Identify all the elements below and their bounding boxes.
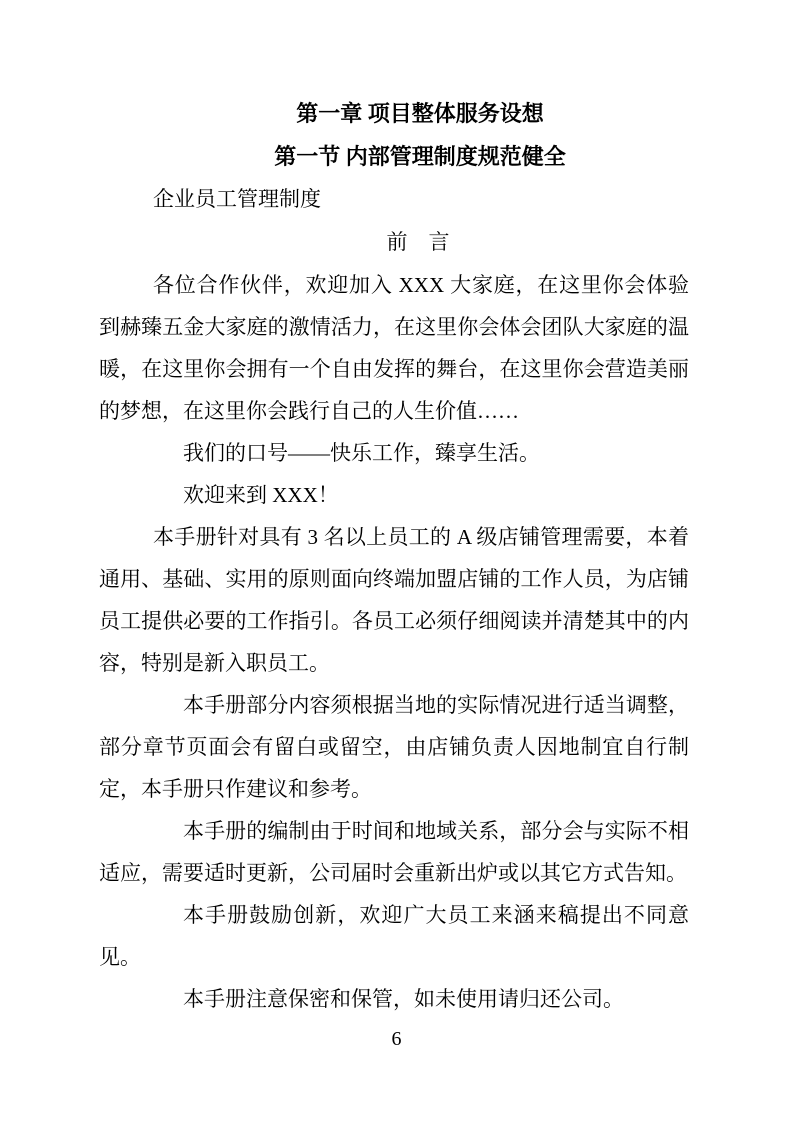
paragraph-handbook-confidential: 本手册注意保密和保管，如未使用请归还公司。 [99,978,689,1020]
paragraph-welcome: 各位合作伙伴，欢迎加入 XXX 大家庭，在这里你会体验到赫臻五金大家庭的激情活力… [99,264,689,432]
section-title: 第一节 内部管理制度规范健全 [99,135,689,178]
paragraph-handbook-adjustment: 本手册部分内容须根据当地的实际情况进行适当调整，部分章节页面会有留白或留空，由店… [99,684,689,810]
chapter-title: 第一章 项目整体服务设想 [99,92,689,135]
paragraph-slogan: 我们的口号——快乐工作，臻享生活。 [99,432,689,474]
paragraph-welcome-short: 欢迎来到 XXX！ [99,474,689,516]
page-number: 6 [0,1018,793,1060]
preface-heading: 前 言 [99,221,689,264]
paragraph-handbook-feedback: 本手册鼓励创新，欢迎广大员工来涵来稿提出不同意见。 [99,894,689,978]
subtitle: 企业员工管理制度 [99,178,689,221]
document-page: 第一章 项目整体服务设想 第一节 内部管理制度规范健全 企业员工管理制度 前 言… [0,0,793,1122]
paragraph-handbook-update: 本手册的编制由于时间和地域关系，部分会与实际不相适应，需要适时更新，公司届时会重… [99,810,689,894]
paragraph-handbook-purpose: 本手册针对具有 3 名以上员工的 A 级店铺管理需要，本着通用、基础、实用的原则… [99,516,689,684]
